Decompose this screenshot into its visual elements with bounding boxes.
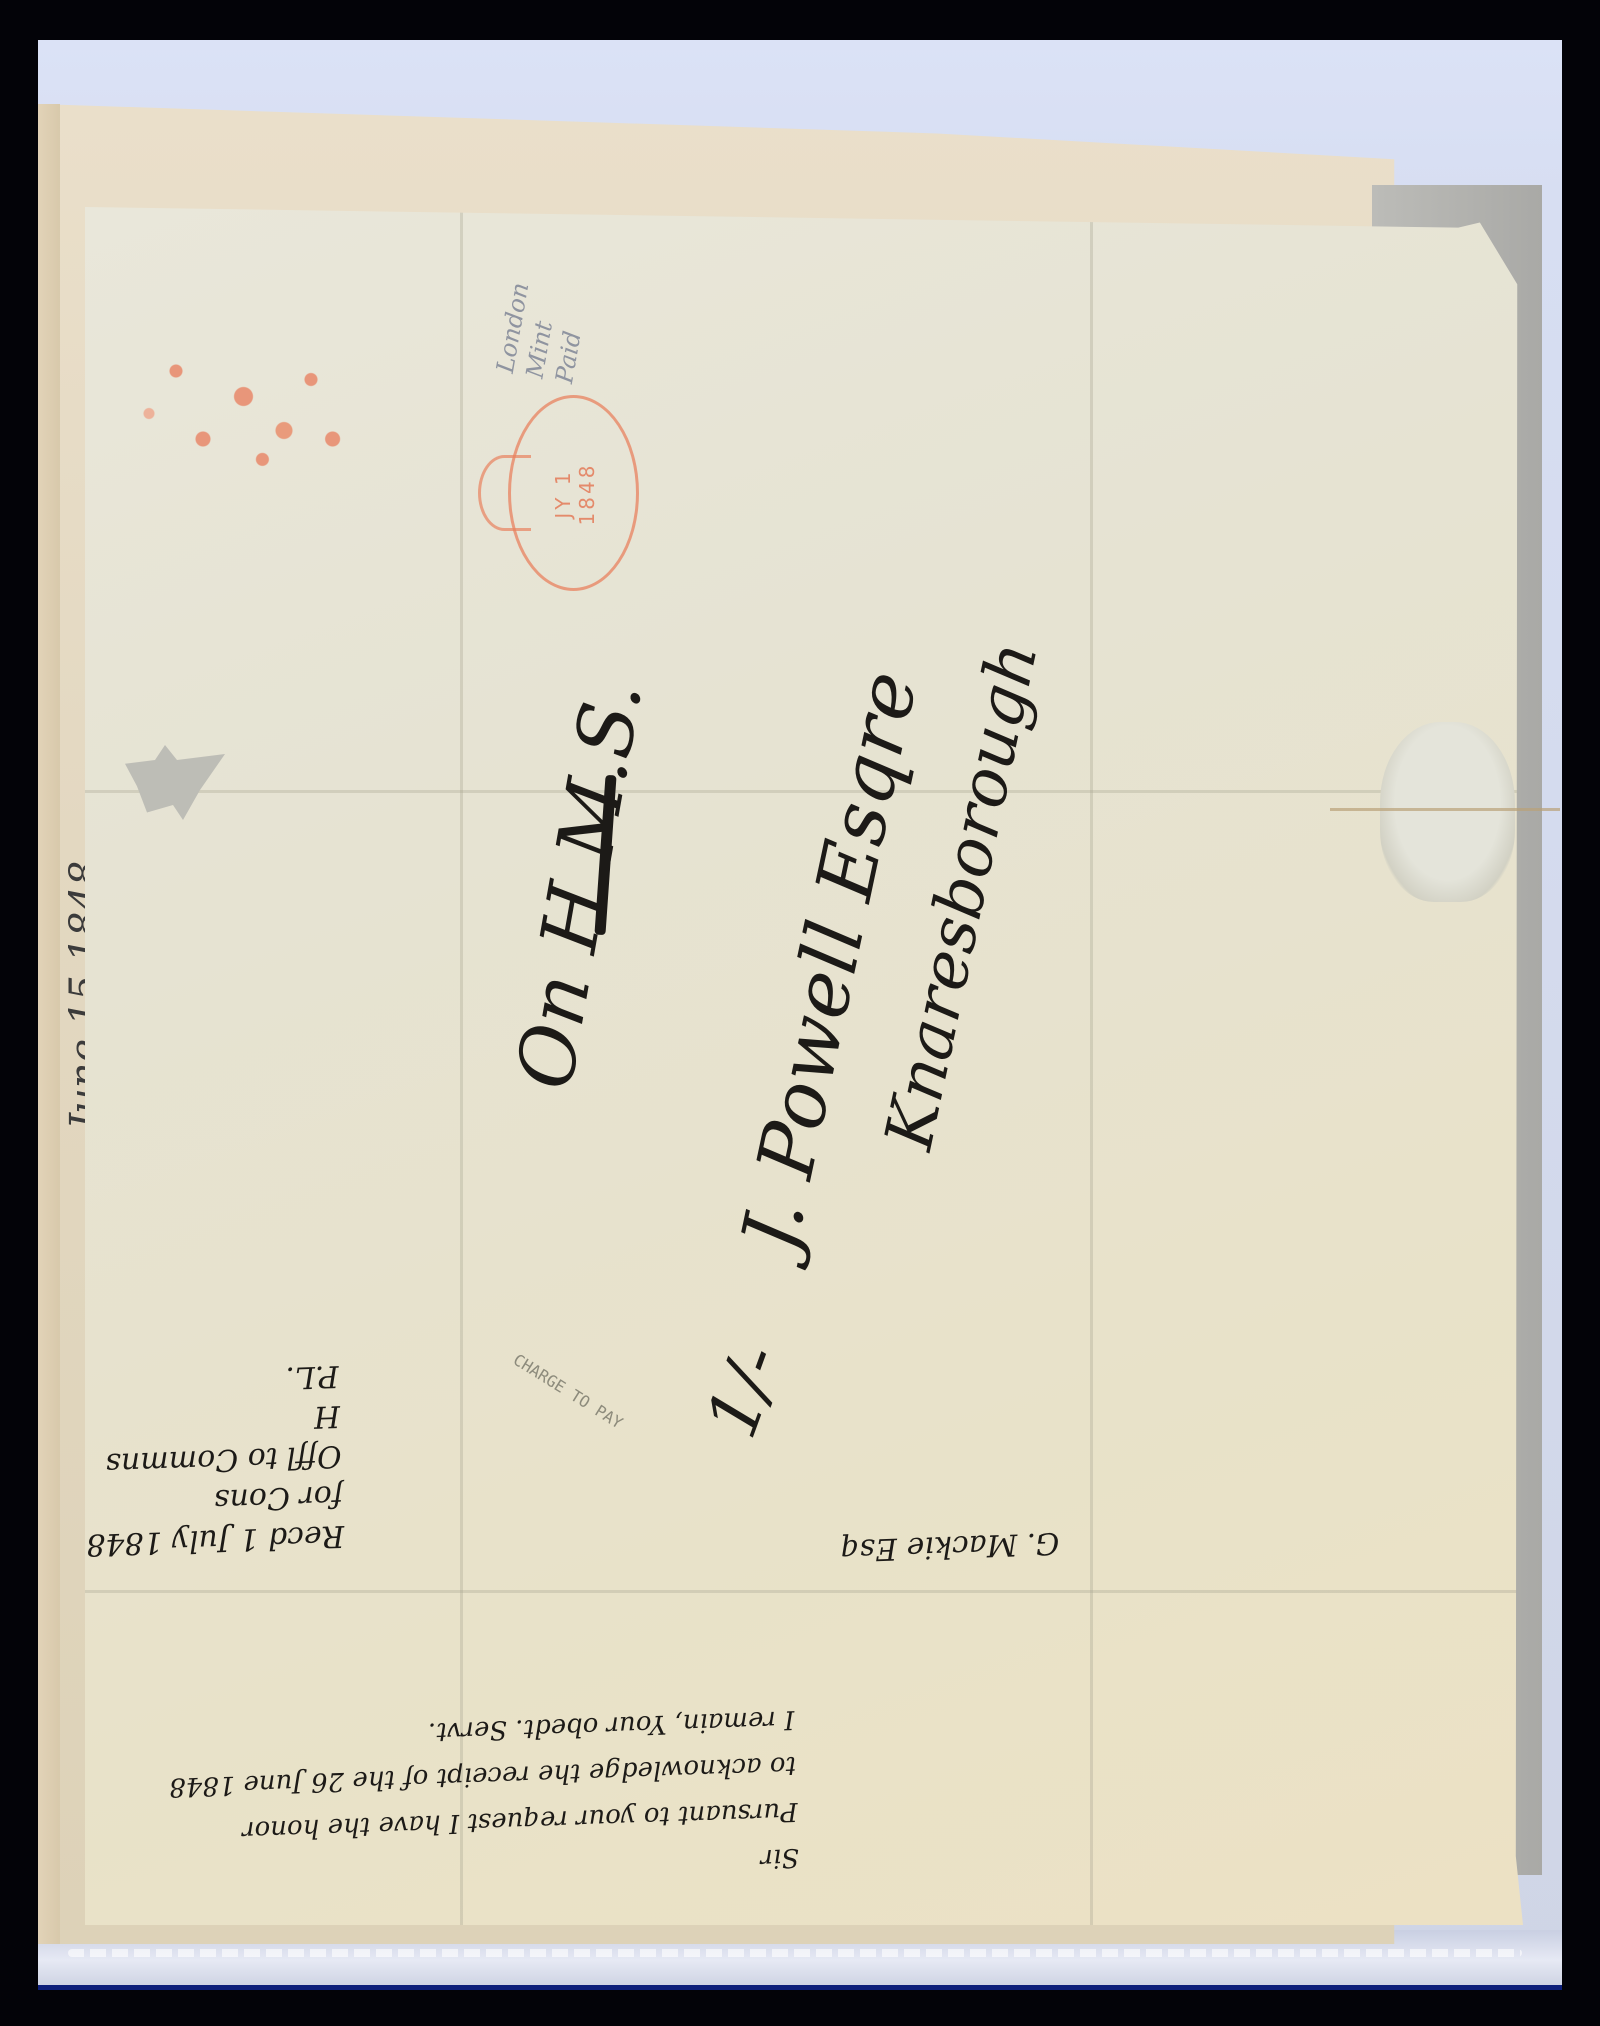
docket-line: P.L. [285, 1358, 339, 1395]
docket-line: Offl to Commns [105, 1438, 342, 1481]
seal-crease [1330, 808, 1560, 811]
back-sheet-strip [38, 104, 60, 1944]
letter-docket-text: Sir Pursuant to your request I have the … [167, 1696, 800, 1902]
fold-line-horizontal [85, 790, 1523, 793]
sleeve-perforation [68, 1949, 1522, 1957]
docket-line: for Cons [214, 1478, 344, 1517]
docket-text-line: Pursuant to your request I have the hono… [242, 1796, 798, 1845]
docket-line: H [313, 1398, 340, 1434]
fold-line-vertical [1090, 207, 1093, 1925]
postmark-date: JY 1 1848 [551, 449, 599, 539]
docket-text-line: to acknowledge the receipt of the 26 Jun… [169, 1750, 797, 1802]
red-wax-residue [95, 320, 365, 490]
receipt-docket: Recd 1 July 1848 for Cons Offl to Commns… [80, 1355, 345, 1564]
fold-line-horizontal [85, 1590, 1523, 1593]
docket-line: Recd 1 July 1848 [86, 1518, 345, 1562]
docket-text-line: I remain, Your obedt. Servt. [428, 1704, 795, 1747]
docket-text-line: Sir [760, 1842, 800, 1873]
wax-seal-remnant [1380, 722, 1515, 902]
fold-line-vertical [460, 207, 463, 1925]
pencil-note: London Mint Paid [490, 280, 594, 385]
postmark-arc [478, 455, 531, 531]
